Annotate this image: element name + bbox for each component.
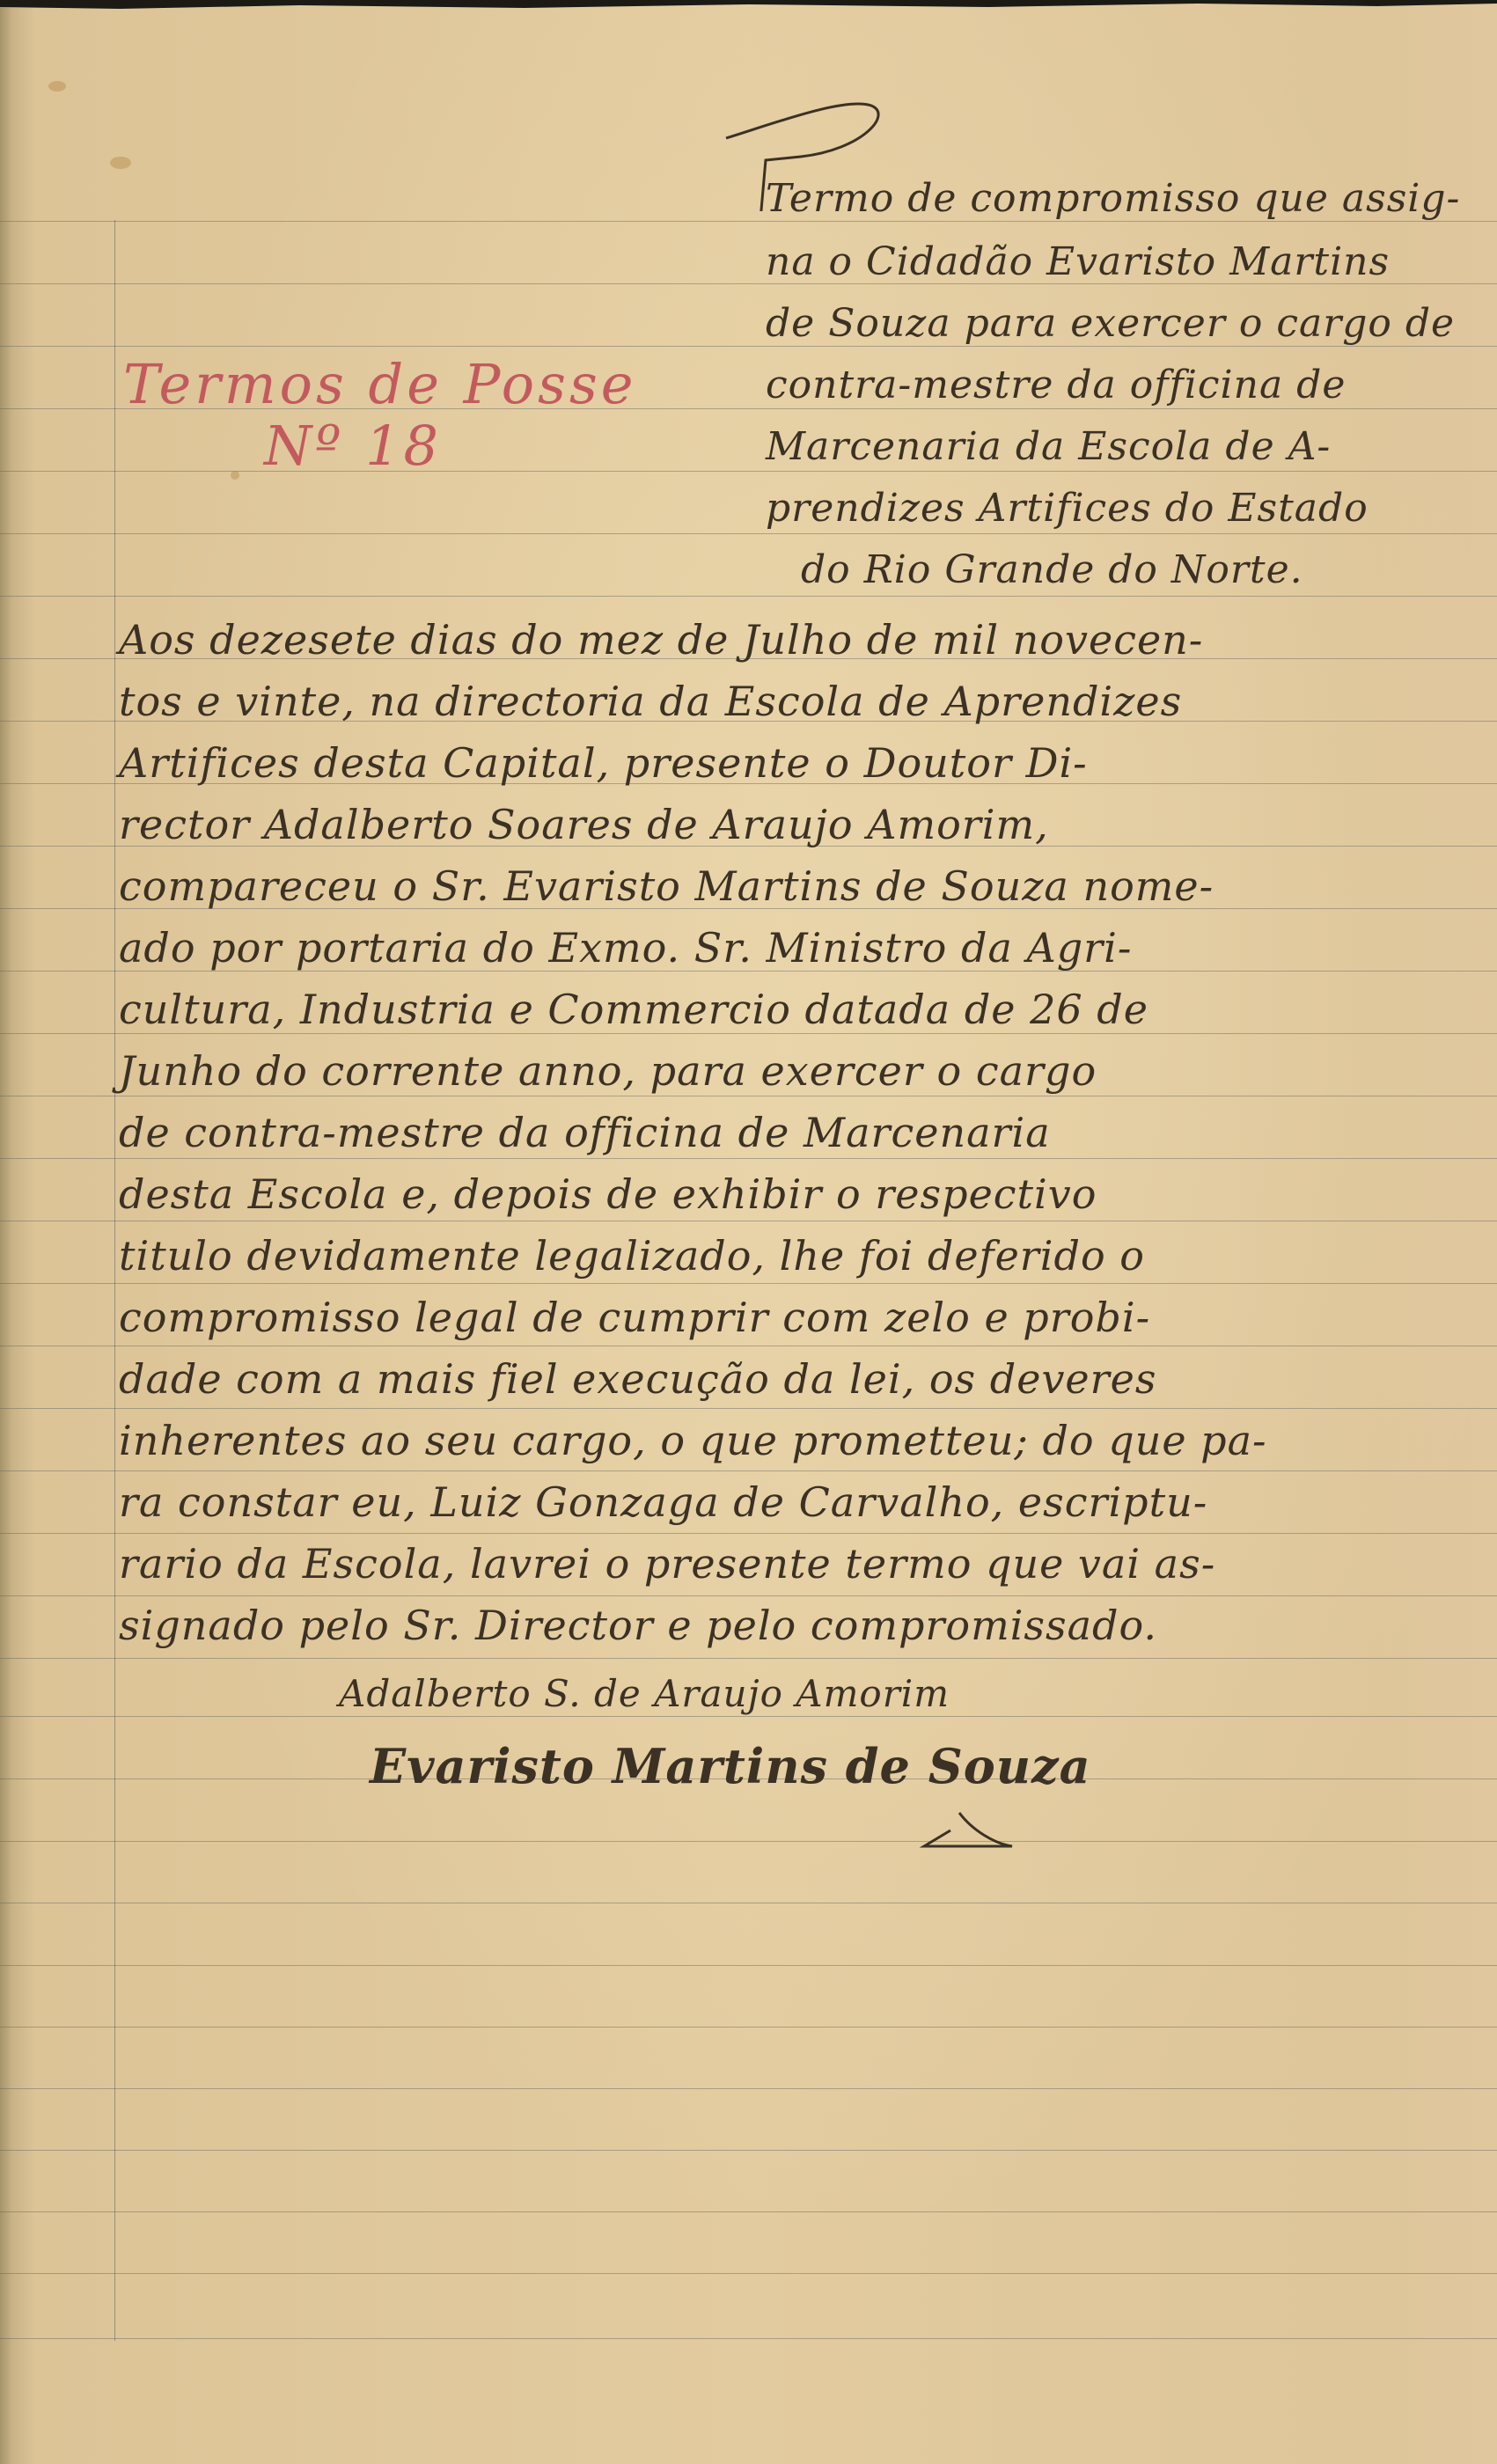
stain: [231, 471, 239, 480]
margin-line: [114, 220, 115, 2341]
ruled-line: [0, 2150, 1497, 2151]
ruled-line: [0, 1283, 1497, 1284]
margin-heading-number: Nº 18: [264, 414, 442, 478]
margin-heading-title: Termos de Posse: [123, 352, 636, 416]
body-line: Aos dezesete dias do mez de Julho de mil…: [119, 616, 1203, 664]
ruled-line: [0, 533, 1497, 534]
ruled-line: [0, 2088, 1497, 2089]
body-line: rector Adalberto Soares de Araujo Amorim…: [119, 801, 1049, 848]
body-line: compareceu o Sr. Evaristo Martins de Sou…: [119, 862, 1214, 910]
body-line: Junho do corrente anno, para exercer o c…: [119, 1047, 1097, 1095]
ruled-line: [0, 2273, 1497, 2274]
body-line: desta Escola e, depois de exhibir o resp…: [119, 1170, 1097, 1218]
heading-line: Termo de compromisso que assig-: [766, 176, 1460, 221]
heading-line: prendizes Artifices do Estado: [766, 486, 1369, 531]
body-line: ado por portaria do Exmo. Sr. Ministro d…: [119, 924, 1132, 972]
stain: [48, 81, 66, 92]
body-line: inherentes ao seu cargo, o que prometteu…: [119, 1417, 1267, 1464]
ruled-line: [0, 1470, 1497, 1471]
torn-top-edge: [0, 0, 1497, 9]
body-line: dade com a mais fiel execução da lei, os…: [119, 1355, 1156, 1403]
stain: [110, 157, 131, 169]
body-line: Artifices desta Capital, presente o Dout…: [119, 739, 1088, 787]
ruled-line: [0, 2211, 1497, 2212]
signature-director: Adalberto S. de Araujo Amorim: [339, 1672, 950, 1715]
heading-line: do Rio Grande do Norte.: [801, 547, 1303, 592]
ruled-line: [0, 1716, 1497, 1717]
ruled-line: [0, 1408, 1497, 1409]
ruled-line: [0, 1158, 1497, 1159]
ruled-line: [0, 2338, 1497, 2339]
ruled-line: [0, 1221, 1497, 1221]
ruled-line: [0, 1033, 1497, 1034]
body-line: cultura, Industria e Commercio datada de…: [119, 986, 1148, 1033]
ruled-line: [0, 1096, 1497, 1096]
ruled-line: [0, 221, 1497, 222]
ruled-line: [0, 2027, 1497, 2028]
ruled-line: [0, 596, 1497, 597]
ruled-line: [0, 1658, 1497, 1659]
ruled-line: [0, 1346, 1497, 1346]
heading-line: contra-mestre da officina de: [766, 363, 1346, 407]
ruled-line: [0, 471, 1497, 472]
ruled-line: [0, 1965, 1497, 1966]
heading-line: de Souza para exercer o cargo de: [766, 301, 1455, 346]
ruled-line: [0, 1903, 1497, 1903]
body-line: rario da Escola, lavrei o presente termo…: [119, 1540, 1215, 1588]
body-line: titulo devidamente legalizado, lhe foi d…: [119, 1232, 1145, 1280]
body-line: ra constar eu, Luiz Gonzaga de Carvalho,…: [119, 1478, 1207, 1526]
heading-line: Marcenaria da Escola de A-: [766, 424, 1331, 469]
body-line: tos e vinte, na directoria da Escola de …: [119, 678, 1182, 725]
body-line: compromisso legal de cumprir com zelo e …: [119, 1294, 1150, 1341]
body-line: signado pelo Sr. Director e pelo comprom…: [119, 1602, 1157, 1649]
ruled-line: [0, 346, 1497, 347]
body-line: de contra-mestre da officina de Marcenar…: [119, 1109, 1051, 1156]
heading-line: na o Cidadão Evaristo Martins: [766, 239, 1390, 284]
document-page: Termos de Posse Nº 18 Termo de compromis…: [0, 0, 1497, 2464]
ruled-line: [0, 1533, 1497, 1534]
ruled-line: [0, 1595, 1497, 1596]
signature-flourish-icon: [581, 1760, 1056, 1866]
